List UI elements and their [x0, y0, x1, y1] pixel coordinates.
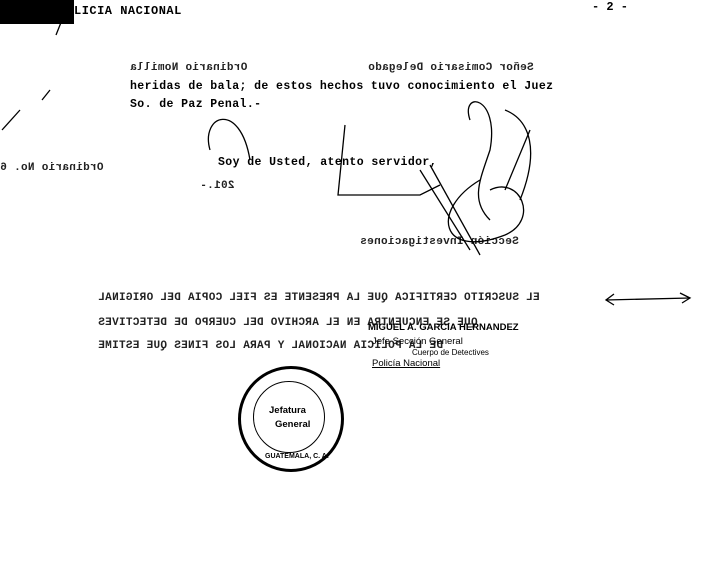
scan-mark [56, 20, 62, 35]
handwritten-marks [0, 0, 701, 578]
arrow-shaft [606, 298, 690, 300]
